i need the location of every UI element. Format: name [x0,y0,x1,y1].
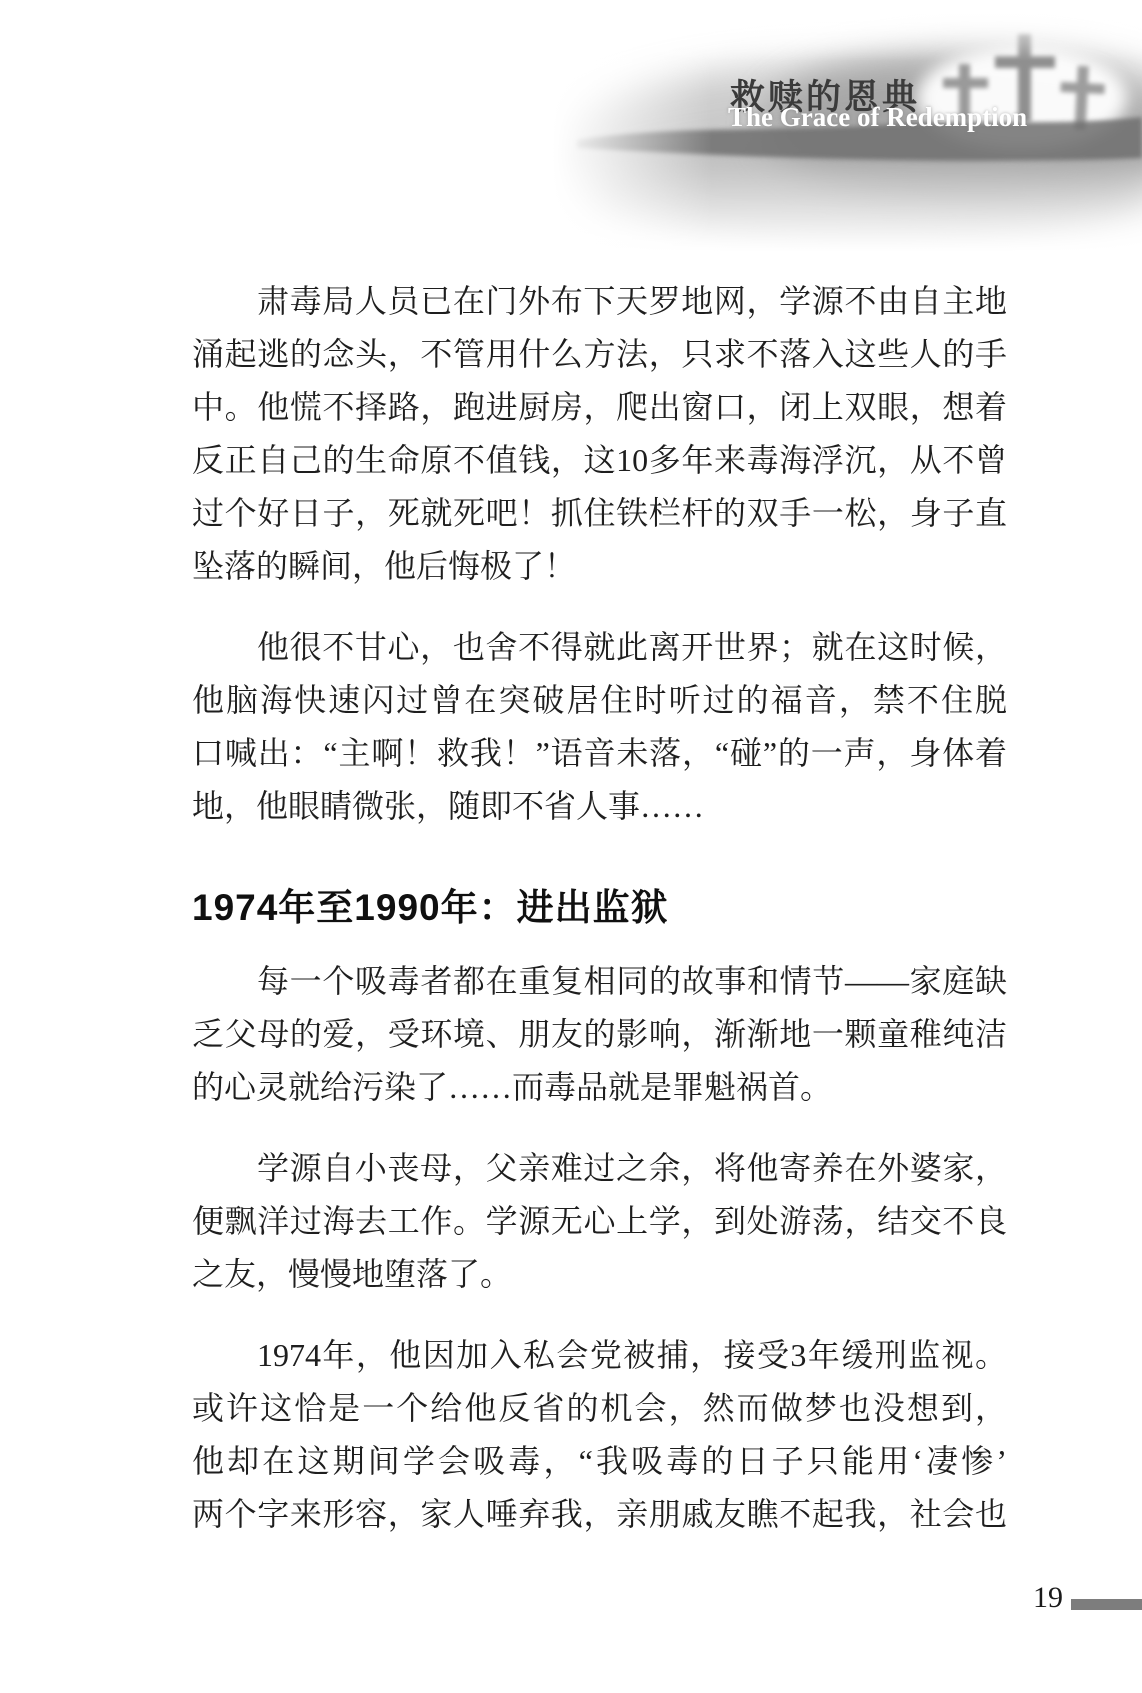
chapter-header: 救赎的恩典 The Grace of Redemption [552,6,1142,252]
text-line: 他却在这期间学会吸毒，“我吸毒的日子只能用‘凄惨’ [192,1435,1007,1488]
paragraph: 学源自小丧母，父亲难过之余，将他寄养在外婆家，便飘洋过海去工作。学源无心上学，到… [192,1142,1007,1301]
text-line: 他脑海快速闪过曾在突破居住时听过的福音，禁不住脱 [192,674,1007,727]
text-line: 地，他眼睛微张，随即不省人事…… [192,780,1007,833]
text-line: 过个好日子，死就死吧！抓住铁栏杆的双手一松，身子直 [192,487,1007,540]
text-line: 中。他慌不择路，跑进厨房，爬出窗口，闭上双眼，想着 [192,381,1007,434]
text-line: 涌起逃的念头，不管用什么方法，只求不落入这些人的手 [192,328,1007,381]
text-line: 乏父母的爱，受环境、朋友的影响，渐渐地一颗童稚纯洁 [192,1008,1007,1061]
text-line: 口喊出：“主啊！救我！”语音未落，“碰”的一声，身体着 [192,727,1007,780]
text-line: 反正自己的生命原不值钱，这10多年来毒海浮沉，从不曾 [192,434,1007,487]
book-page: 救赎的恩典 The Grace of Redemption 肃毒局人员已在门外布… [0,0,1142,1693]
paragraph: 每一个吸毒者都在重复相同的故事和情节——家庭缺乏父母的爱，受环境、朋友的影响，渐… [192,955,1007,1114]
text-line: 或许这恰是一个给他反省的机会，然而做梦也没想到， [192,1382,1007,1435]
text-line: 坠落的瞬间，他后悔极了！ [192,540,1007,593]
text-line: 他很不甘心，也舍不得就此离开世界；就在这时候， [192,621,1007,674]
text-column: 肃毒局人员已在门外布下天罗地网，学源不由自主地涌起逃的念头，不管用什么方法，只求… [192,275,1007,1541]
paragraph: 他很不甘心，也舍不得就此离开世界；就在这时候，他脑海快速闪过曾在突破居住时听过的… [192,621,1007,833]
text-line: 的心灵就给污染了……而毒品就是罪魁祸首。 [192,1061,1007,1114]
text-line: 肃毒局人员已在门外布下天罗地网，学源不由自主地 [192,275,1007,328]
text-line: 便飘洋过海去工作。学源无心上学，到处游荡，结交不良 [192,1195,1007,1248]
chapter-title-english: The Grace of Redemption [728,102,1027,133]
text-line: 学源自小丧母，父亲难过之余，将他寄养在外婆家， [192,1142,1007,1195]
text-line: 之友，慢慢地堕落了。 [192,1248,1007,1301]
fade-overlay [552,6,712,252]
text-line: 两个字来形容，家人唾弃我，亲朋戚友瞧不起我，社会也 [192,1488,1007,1541]
paragraph: 1974年，他因加入私会党被捕，接受3年缓刑监视。或许这恰是一个给他反省的机会，… [192,1329,1007,1541]
page-number: 19 [1033,1581,1063,1615]
text-line: 每一个吸毒者都在重复相同的故事和情节——家庭缺 [192,955,1007,1008]
page-number-bar [1071,1599,1142,1610]
paragraph: 肃毒局人员已在门外布下天罗地网，学源不由自主地涌起逃的念头，不管用什么方法，只求… [192,275,1007,593]
section-heading: 1974年至1990年：进出监狱 [192,885,1007,931]
text-line: 1974年，他因加入私会党被捕，接受3年缓刑监视。 [192,1329,1007,1382]
